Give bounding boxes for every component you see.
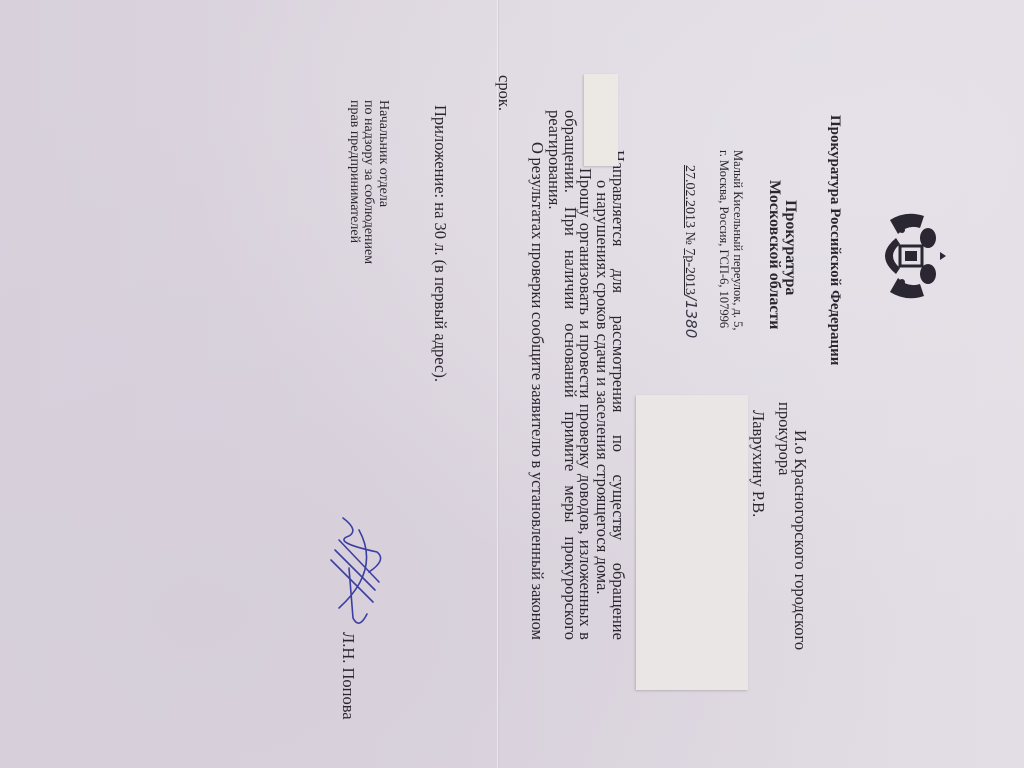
org-header: Прокуратура Российской Федерации: [827, 115, 842, 365]
body-line7: срок.: [496, 75, 513, 111]
reference-number: 7р-2013: [682, 248, 697, 295]
letter-date: 27.02.2013: [682, 165, 697, 228]
word: меры: [562, 485, 579, 522]
word: О: [529, 142, 546, 154]
handwritten-signature: [324, 510, 389, 640]
double-headed-eagle-icon: [874, 208, 946, 304]
addressee-name: Лаврухину Р.В.: [750, 410, 767, 517]
word: в: [529, 460, 546, 468]
word: установленный: [529, 472, 546, 580]
signatory-name: Л.Н. Попова: [340, 632, 357, 720]
address-line2: г. Москва, Россия, ГСП-6, 107996: [718, 150, 731, 328]
date-reference-line: 27.02.2013 № 7р-2013/1380: [682, 165, 698, 338]
word: примите: [562, 412, 579, 472]
word: законом: [529, 583, 546, 639]
addressee-line2: прокурора: [776, 402, 793, 475]
body-line2: о нарушениях сроков сдачи и заселения ст…: [594, 180, 611, 595]
body-line5: реагирования.: [546, 110, 563, 209]
number-sign: №: [682, 232, 697, 245]
handwritten-number: /1380: [682, 295, 700, 338]
org-name-line1: Прокуратура: [782, 200, 798, 295]
org-name-line2: Московской области: [766, 180, 782, 330]
signatory-title-line3: прав предпринимателей: [347, 100, 361, 243]
body-line6: О результатах проверки сообщите заявител…: [529, 142, 546, 640]
word: прокурорского: [562, 536, 579, 639]
attachment-note: Приложение: на 30 л. (в первый адрес).: [432, 105, 449, 382]
signatory-title-line2: по надзору за соблюдением: [361, 100, 375, 264]
word: сообщите: [529, 312, 546, 380]
word: наличии: [562, 250, 579, 309]
redaction-tape: [584, 74, 618, 166]
word: заявителю: [529, 384, 546, 457]
word: проверки: [529, 243, 546, 308]
redaction-sticker: [636, 395, 748, 690]
word: При: [562, 207, 579, 236]
signatory-title-line1: Начальник отдела: [376, 100, 390, 207]
word: оснований: [562, 323, 579, 397]
word: результатах: [529, 157, 546, 239]
address-line1: Малый Кисельный переулок, д. 5,: [732, 150, 745, 331]
letter-page: Прокуратура Российской Федерации Прокура…: [0, 0, 1024, 768]
